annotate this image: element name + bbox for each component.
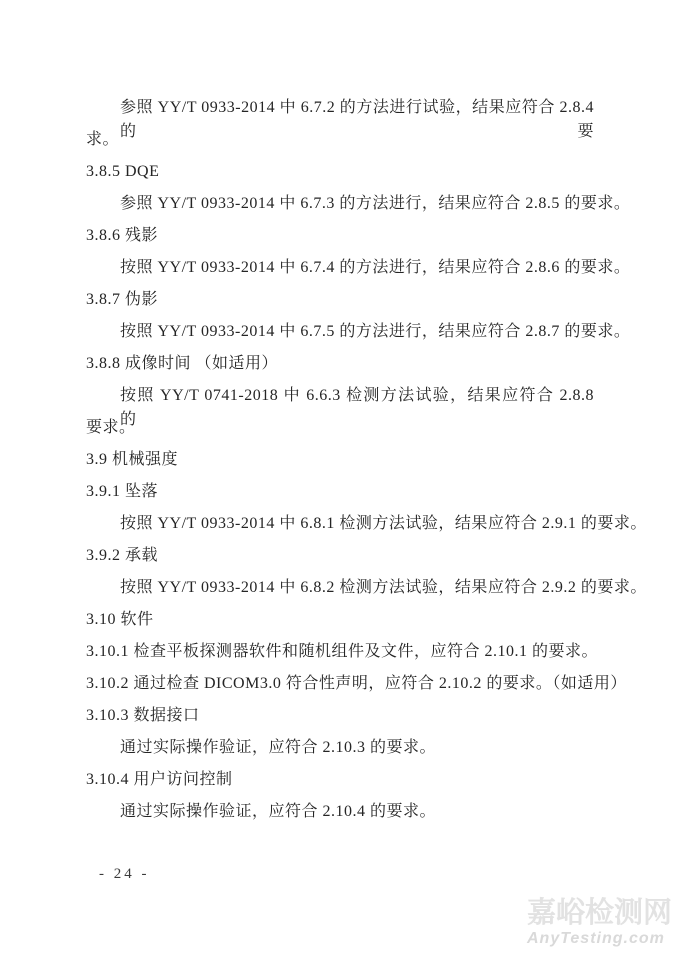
section-heading: 3.10.1 检查平板探测器软件和随机组件及文件，应符合 2.10.1 的要求。 bbox=[86, 640, 594, 672]
paragraph-line: 按照 YY/T 0741-2018 中 6.6.3 检测方法试验，结果应符合 2… bbox=[86, 384, 594, 416]
paragraph-line: 要求。 bbox=[86, 416, 594, 448]
document-page: 参照 YY/T 0933-2014 中 6.7.2 的方法进行试验，结果应符合 … bbox=[0, 0, 680, 961]
section-heading: 3.10 软件 bbox=[86, 608, 594, 640]
document-content: 参照 YY/T 0933-2014 中 6.7.2 的方法进行试验，结果应符合 … bbox=[86, 96, 594, 832]
section-heading: 3.9.1 坠落 bbox=[86, 480, 594, 512]
paragraph-line: 按照 YY/T 0933-2014 中 6.8.2 检测方法试验，结果应符合 2… bbox=[86, 576, 594, 608]
section-heading: 3.8.6 残影 bbox=[86, 224, 594, 256]
page-number: - 24 - bbox=[99, 866, 150, 883]
section-heading: 3.8.7 伪影 bbox=[86, 288, 594, 320]
paragraph-line: 按照 YY/T 0933-2014 中 6.7.4 的方法进行，结果应符合 2.… bbox=[86, 256, 594, 288]
watermark: 嘉峪检测网 AnyTesting.com bbox=[527, 898, 680, 948]
paragraph-line: 参照 YY/T 0933-2014 中 6.7.2 的方法进行试验，结果应符合 … bbox=[86, 96, 594, 128]
paragraph-line: 按照 YY/T 0933-2014 中 6.8.1 检测方法试验，结果应符合 2… bbox=[86, 512, 594, 544]
paragraph-line: 参照 YY/T 0933-2014 中 6.7.3 的方法进行，结果应符合 2.… bbox=[86, 192, 594, 224]
section-heading: 3.9.2 承载 bbox=[86, 544, 594, 576]
paragraph-line: 通过实际操作验证，应符合 2.10.4 的要求。 bbox=[86, 800, 594, 832]
watermark-site-name: 嘉峪检测网 bbox=[527, 898, 680, 929]
section-heading: 3.10.2 通过检查 DICOM3.0 符合性声明，应符合 2.10.2 的要… bbox=[86, 672, 594, 704]
section-heading: 3.10.4 用户访问控制 bbox=[86, 768, 594, 800]
section-heading: 3.10.3 数据接口 bbox=[86, 704, 594, 736]
section-heading: 3.9 机械强度 bbox=[86, 448, 594, 480]
section-heading: 3.8.8 成像时间 （如适用） bbox=[86, 352, 594, 384]
paragraph-line: 通过实际操作验证，应符合 2.10.3 的要求。 bbox=[86, 736, 594, 768]
watermark-site-url: AnyTesting.com bbox=[527, 929, 680, 948]
section-heading: 3.8.5 DQE bbox=[86, 160, 594, 192]
paragraph-line: 按照 YY/T 0933-2014 中 6.7.5 的方法进行，结果应符合 2.… bbox=[86, 320, 594, 352]
